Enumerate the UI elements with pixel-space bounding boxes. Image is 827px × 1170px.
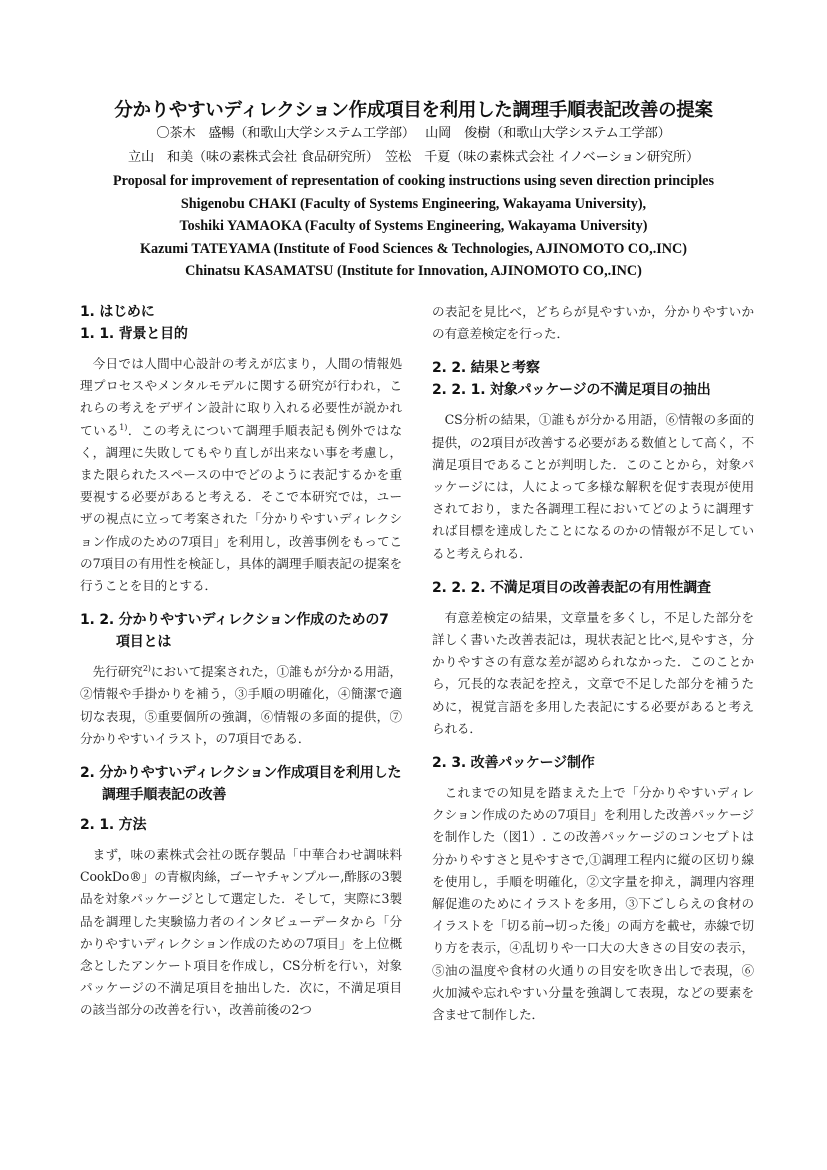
section-heading-2-2-2: 2. 2. 2. 不満足項目の改善表記の有用性調査 bbox=[432, 577, 754, 599]
section-heading-1-2: 1. 2. 分かりやすいディレクション作成のための7項目とは bbox=[80, 609, 402, 653]
author-en-3: Kazumi TATEYAMA (Institute of Food Scien… bbox=[60, 238, 767, 261]
section-heading-1: 1. はじめに bbox=[80, 301, 402, 323]
paragraph-text: ．この考えについて調理手順表記も例外ではなく，調理に失敗してもやり直しが出来ない… bbox=[80, 423, 402, 593]
paragraph-text: 先行研究 bbox=[93, 664, 143, 679]
section-heading-2-2: 2. 2. 結果と考察 bbox=[432, 357, 754, 379]
paragraph-2-1-continued: の表記を見比べ，どちらが見やすいか，分かりやすいかの有意差検定を行った． bbox=[432, 301, 754, 345]
section-heading-2-1: 2. 1. 方法 bbox=[80, 814, 402, 836]
paragraph-2-2-2: 有意差検定の結果，文章量を多くし，不足した部分を詳しく書いた改善表記は，現状表記… bbox=[432, 607, 754, 740]
paper-title-jp: 分かりやすいディレクション作成項目を利用した調理手順表記改善の提案 bbox=[60, 98, 767, 124]
paragraph-2-1: まず，味の素株式会社の既存製品「中華合わせ調味料CookDo®」の青椒肉絲，ゴー… bbox=[80, 844, 402, 1022]
paragraph-2-3: これまでの知見を踏まえた上で「分かりやすいディレクション作成のための7項目」を利… bbox=[432, 782, 754, 1026]
paragraph-1-1: 今日では人間中心設計の考えが広まり，人間の情報処理プロセスやメンタルモデルに関す… bbox=[80, 353, 402, 597]
right-column: の表記を見比べ，どちらが見やすいか，分かりやすいかの有意差検定を行った． 2. … bbox=[432, 301, 754, 1026]
author-en-1: Shigenobu CHAKI (Faculty of Systems Engi… bbox=[60, 193, 767, 216]
paragraph-1-2: 先行研究2)において提案された，①誰もが分かる用語，②情報や手掛かりを補う，③手… bbox=[80, 661, 402, 750]
author-en-4: Chinatsu KASAMATSU (Institute for Innova… bbox=[60, 260, 767, 283]
paragraph-2-2-1: CS分析の結果，①誰もが分かる用語，⑥情報の多面的提供，の2項目が改善する必要が… bbox=[432, 409, 754, 564]
reference-2: 2) bbox=[143, 664, 151, 673]
section-heading-1-1: 1. 1. 背景と目的 bbox=[80, 323, 402, 345]
paper-title-en: Proposal for improvement of representati… bbox=[60, 170, 767, 193]
authors-jp-line2: 立山 和美（味の素株式会社 食品研究所） 笠松 千夏（味の素株式会社 イノベーシ… bbox=[60, 147, 767, 169]
authors-jp-line1: 〇茶木 盛暢（和歌山大学システム工学部） 山岡 俊樹（和歌山大学システム工学部） bbox=[60, 123, 767, 145]
section-heading-2: 2. 分かりやすいディレクション作成項目を利用した調理手順表記の改善 bbox=[80, 762, 402, 806]
left-column: 1. はじめに 1. 1. 背景と目的 今日では人間中心設計の考えが広まり，人間… bbox=[80, 301, 402, 1022]
paper-page: 分かりやすいディレクション作成項目を利用した調理手順表記改善の提案 〇茶木 盛暢… bbox=[0, 0, 827, 1170]
section-heading-2-2-1: 2. 2. 1. 対象パッケージの不満足項目の抽出 bbox=[432, 379, 754, 401]
section-heading-2-3: 2. 3. 改善パッケージ制作 bbox=[432, 752, 754, 774]
author-en-2: Toshiki YAMAOKA (Faculty of Systems Engi… bbox=[60, 215, 767, 238]
